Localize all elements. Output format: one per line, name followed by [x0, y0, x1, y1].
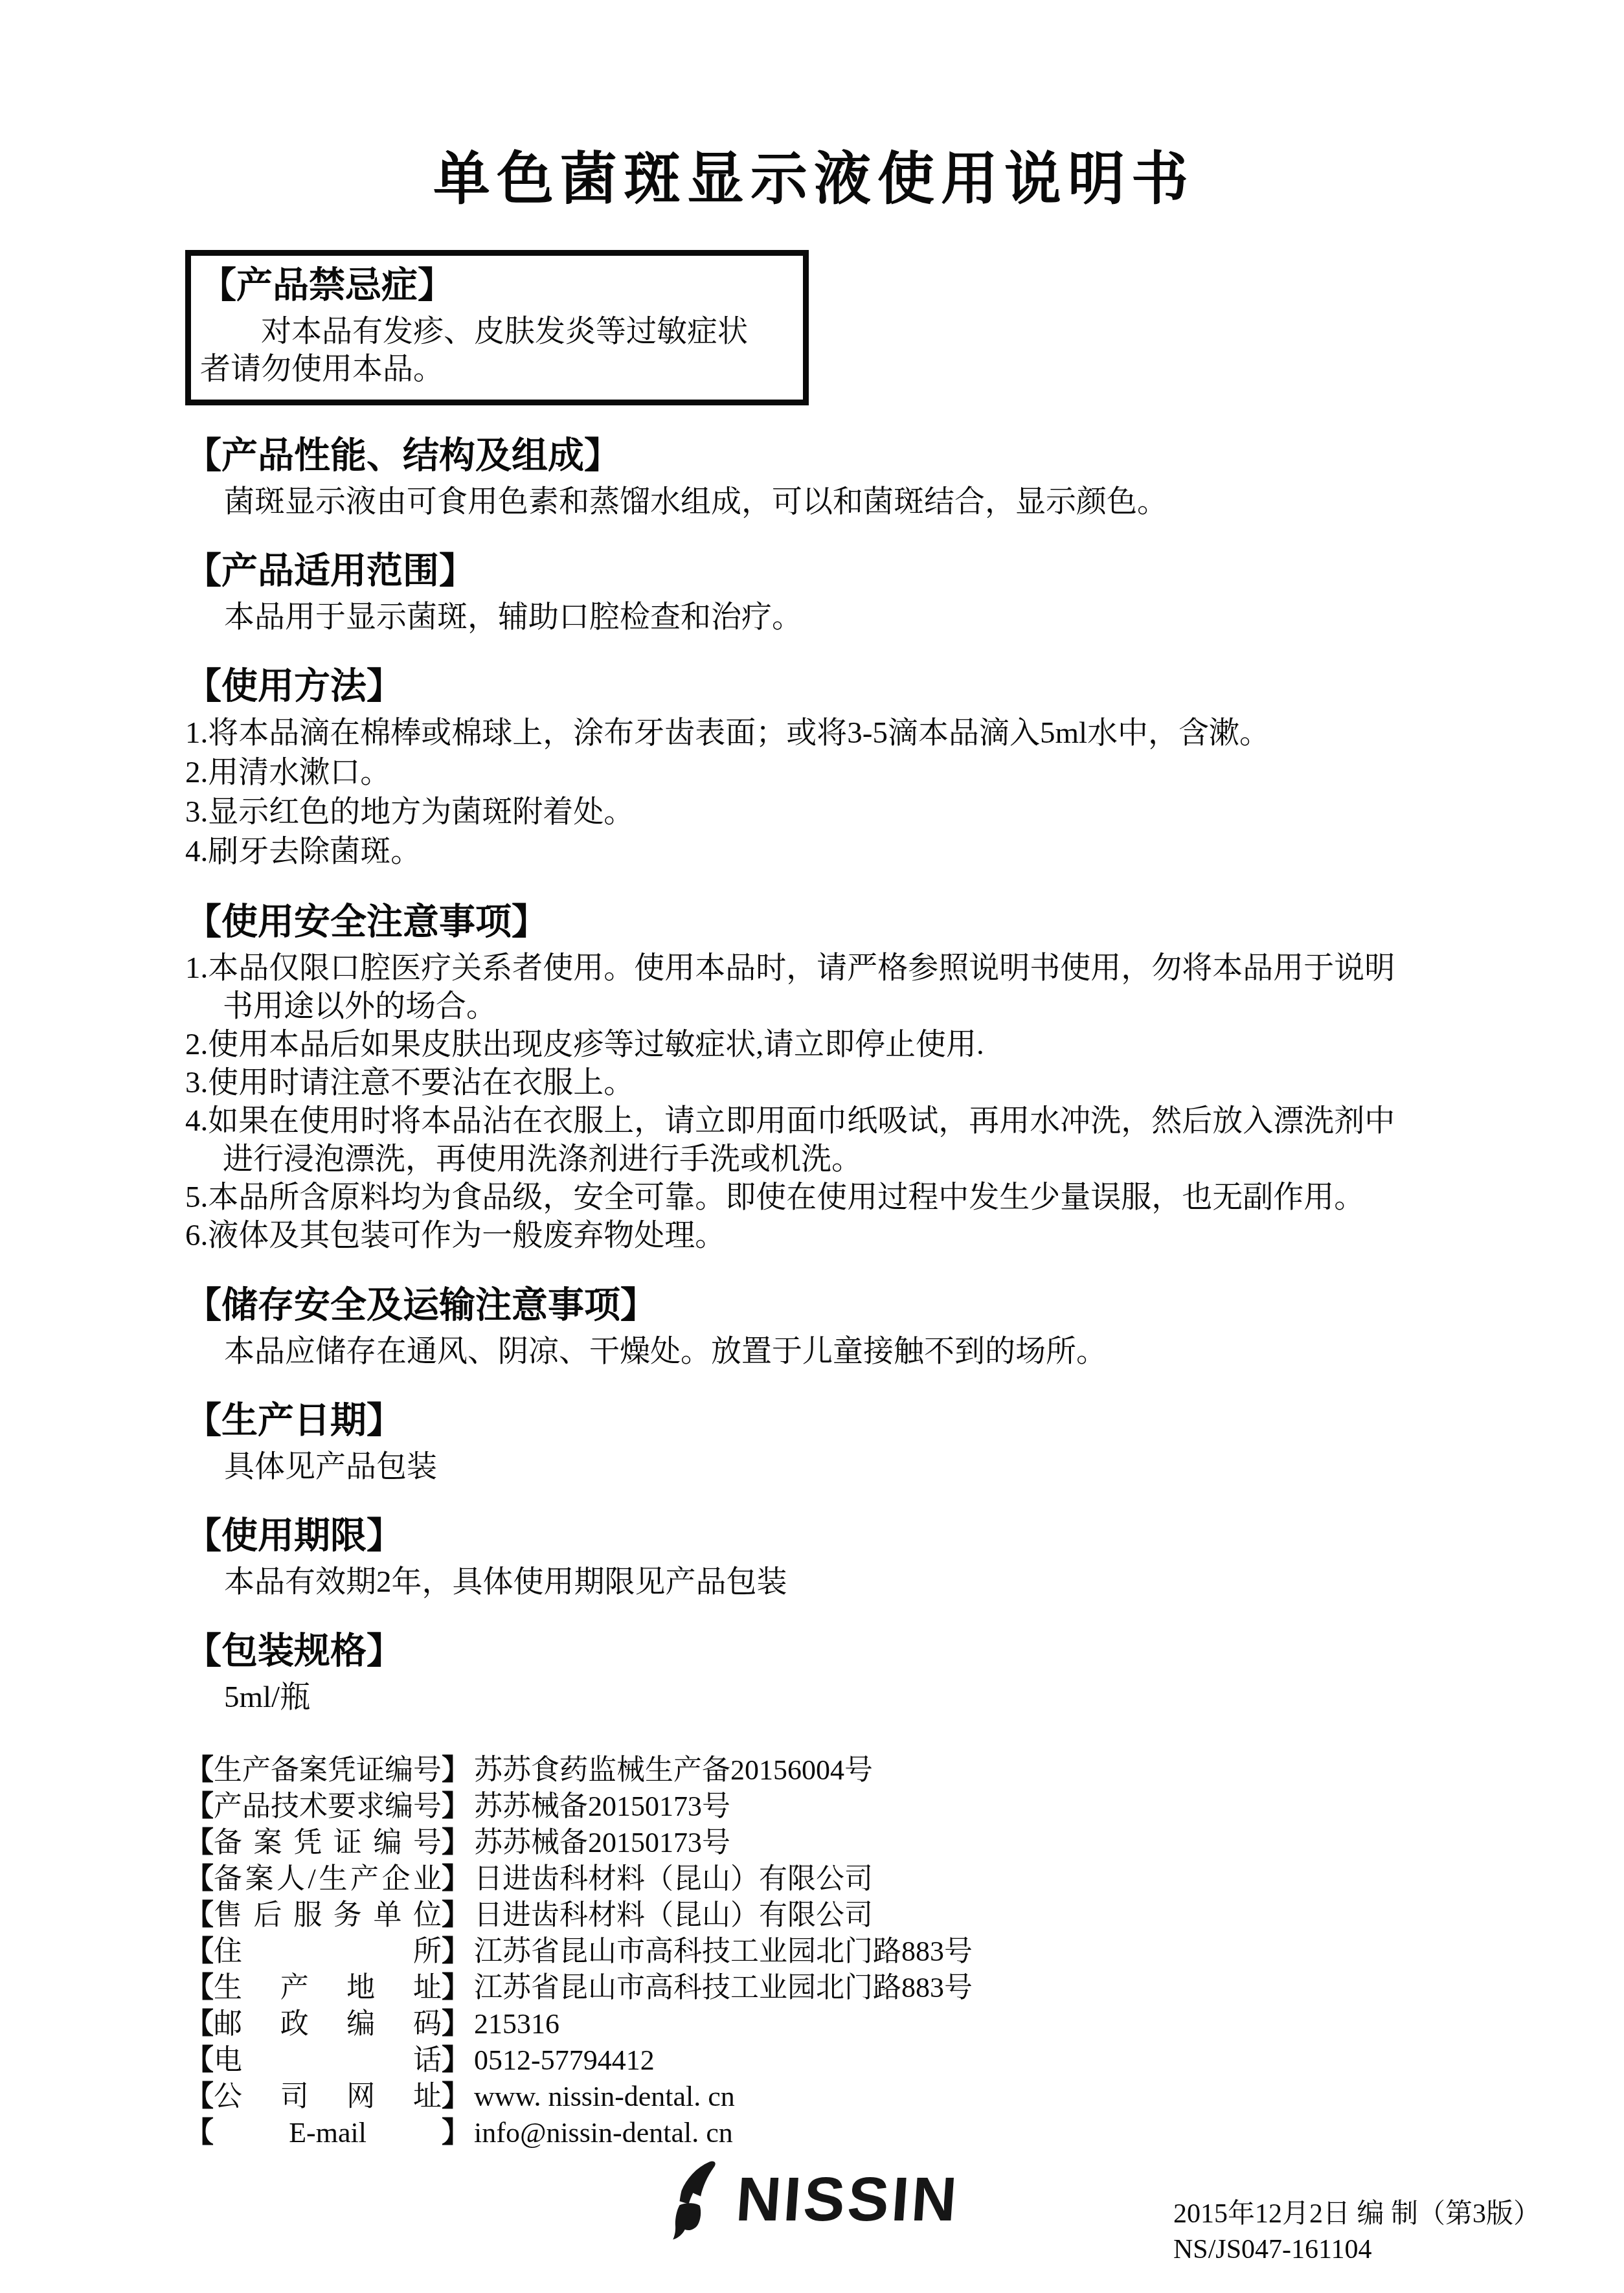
bracket-open: 【 [185, 1827, 214, 1858]
bracket-close: 】 [442, 1754, 470, 1786]
info-value: 苏苏械备20150173号 [470, 1827, 730, 1858]
bracket-close: 】 [442, 1863, 470, 1895]
list-item: 6.液体及其包装可作为一般废弃物处理。 [185, 1217, 1443, 1255]
bracket-open: 【 [185, 1972, 214, 2004]
info-value: 215316 [470, 2008, 559, 2040]
section-production-date: 【生产日期】 具体见产品包装 [185, 1401, 1443, 1485]
usage-list: 1.将本品滴在棉棒或棉球上，涂布牙齿表面；或将3-5滴本品滴入5ml水中，含漱。… [185, 714, 1443, 872]
section-heading: 【使用方法】 [185, 667, 1443, 706]
bracket-close: 】 [442, 1899, 470, 1931]
info-label: 生产地址 [214, 1970, 442, 2006]
contraindication-box: 【产品禁忌症】 对本品有发疹、皮肤发炎等过敏症状 者请勿使用本品。 [185, 250, 809, 405]
info-label: 产品技术要求编号 [214, 1789, 442, 1825]
info-row: 【备案凭证编号】苏苏械备20150173号 [185, 1825, 1443, 1861]
text-line: 进行浸泡漂洗，再使用洗涤剂进行手洗或机洗。 [185, 1140, 1443, 1179]
bracket-close: 】 [442, 1827, 470, 1858]
info-value: 江苏省昆山市高科技工业园北门路883号 [470, 1936, 973, 1967]
list-item: 2.用清水漱口。 [185, 753, 1443, 793]
section-package: 【包装规格】 5ml/瓶 [185, 1632, 1443, 1716]
bracket-open: 【 [185, 1936, 214, 1967]
info-row: 【电话】0512-57794412 [185, 2042, 1443, 2079]
section-heading: 【产品适用范围】 [185, 552, 1443, 591]
bracket-open: 【 [185, 1899, 214, 1931]
list-item: 2.使用本品后如果皮肤出现皮疹等过敏症状,请立即停止使用. [185, 1026, 1443, 1064]
info-value: 日进齿科材料（昆山）有限公司 [470, 1899, 873, 1931]
section-heading: 【储存安全及运输注意事项】 [185, 1286, 1443, 1325]
bracket-open: 【 [185, 2117, 214, 2149]
section-heading: 【使用安全注意事项】 [185, 903, 1443, 942]
section-body-text: 菌斑显示液由可食用色素和蒸馏水组成，可以和菌斑结合，显示颜色。 [185, 483, 1443, 521]
revision-note: 2015年12月2日 编 制（第3版） NS/JS047-161104 [1173, 2197, 1540, 2268]
section-heading: 【使用期限】 [185, 1517, 1443, 1555]
info-label: 公司网址 [214, 2079, 442, 2115]
nissin-logo-inner: NISSIN [669, 2159, 959, 2241]
section-safety: 【使用安全注意事项】 1.本品仅限口腔医疗关系者使用。使用本品时，请严格参照说明… [185, 903, 1443, 1255]
info-label: 邮政编码 [214, 2006, 442, 2042]
text-line: 3.使用时请注意不要沾在衣服上。 [185, 1064, 1443, 1102]
bracket-open: 【 [185, 2044, 214, 2076]
contraindication-heading: 【产品禁忌症】 [200, 264, 793, 308]
contraindication-line: 者请勿使用本品。 [200, 350, 793, 388]
info-row: 【售后服务单位】日进齿科材料（昆山）有限公司 [185, 1897, 1443, 1934]
info-row: 【E-mail】info@nissin-dental. cn [185, 2115, 1443, 2151]
section-body-text: 5ml/瓶 [185, 1678, 1443, 1716]
info-value: 日进齿科材料（昆山）有限公司 [470, 1863, 873, 1895]
info-value[interactable]: info@nissin-dental. cn [470, 2117, 733, 2149]
list-item: 1.将本品滴在棉棒或棉球上，涂布牙齿表面；或将3-5滴本品滴入5ml水中，含漱。 [185, 714, 1443, 753]
section-body-text: 本品有效期2年，具体使用期限见产品包装 [185, 1563, 1443, 1601]
section-performance: 【产品性能、结构及组成】 菌斑显示液由可食用色素和蒸馏水组成，可以和菌斑结合，显… [185, 436, 1443, 521]
section-storage: 【储存安全及运输注意事项】 本品应储存在通风、阴凉、干燥处。放置于儿童接触不到的… [185, 1286, 1443, 1370]
info-label: E-mail [214, 2115, 442, 2151]
list-item: 3.使用时请注意不要沾在衣服上。 [185, 1064, 1443, 1102]
list-item: 5.本品所含原料均为食品级，安全可靠。即使在使用过程中发生少量误服，也无副作用。 [185, 1179, 1443, 1217]
text-line: 1.本品仅限口腔医疗关系者使用。使用本品时，请严格参照说明书使用，勿将本品用于说… [185, 949, 1443, 988]
section-scope: 【产品适用范围】 本品用于显示菌斑，辅助口腔检查和治疗。 [185, 552, 1443, 636]
revision-code: NS/JS047-161104 [1173, 2232, 1540, 2268]
section-heading: 【生产日期】 [185, 1401, 1443, 1440]
info-row: 【生产地址】江苏省昆山市高科技工业园北门路883号 [185, 1970, 1443, 2006]
section-body-text: 本品应储存在通风、阴凉、干燥处。放置于儿童接触不到的场所。 [185, 1333, 1443, 1370]
info-row: 【备案人/生产企业】日进齿科材料（昆山）有限公司 [185, 1861, 1443, 1897]
text-line: 4.如果在使用时将本品沾在衣服上，请立即用面巾纸吸试，再用水冲洗，然后放入漂洗剂… [185, 1102, 1443, 1140]
info-label: 住所 [214, 1934, 442, 1970]
list-item: 1.本品仅限口腔医疗关系者使用。使用本品时，请严格参照说明书使用，勿将本品用于说… [185, 949, 1443, 1026]
info-label: 电话 [214, 2042, 442, 2079]
info-row: 【邮政编码】215316 [185, 2006, 1443, 2042]
nissin-tooth-icon [669, 2159, 722, 2241]
info-row: 【公司网址】www. nissin-dental. cn [185, 2079, 1443, 2115]
info-row: 【产品技术要求编号】苏苏械备20150173号 [185, 1789, 1443, 1825]
info-value: 苏苏械备20150173号 [470, 1790, 730, 1822]
section-shelf-life: 【使用期限】 本品有效期2年，具体使用期限见产品包装 [185, 1517, 1443, 1601]
contraindication-line: 对本品有发疹、皮肤发炎等过敏症状 [200, 313, 793, 350]
bracket-open: 【 [185, 2008, 214, 2040]
bracket-open: 【 [185, 1790, 214, 1822]
info-label: 生产备案凭证编号 [214, 1752, 442, 1789]
info-label: 备案人/生产企业 [214, 1861, 442, 1897]
page-title: 单色菌斑显示液使用说明书 [185, 144, 1443, 216]
info-row: 【生产备案凭证编号】苏苏食药监械生产备20156004号 [185, 1752, 1443, 1789]
section-usage: 【使用方法】 1.将本品滴在棉棒或棉球上，涂布牙齿表面；或将3-5滴本品滴入5m… [185, 667, 1443, 872]
safety-list: 1.本品仅限口腔医疗关系者使用。使用本品时，请严格参照说明书使用，勿将本品用于说… [185, 949, 1443, 1255]
text-line: 5.本品所含原料均为食品级，安全可靠。即使在使用过程中发生少量误服，也无副作用。 [185, 1179, 1443, 1217]
list-item: 3.显示红色的地方为菌斑附着处。 [185, 793, 1443, 832]
section-body-text: 本品用于显示菌斑，辅助口腔检查和治疗。 [185, 598, 1443, 636]
info-value: 江苏省昆山市高科技工业园北门路883号 [470, 1972, 973, 2004]
bracket-close: 】 [442, 2081, 470, 2112]
text-line: 2.使用本品后如果皮肤出现皮疹等过敏症状,请立即停止使用. [185, 1026, 1443, 1064]
registration-info-block: 【生产备案凭证编号】苏苏食药监械生产备20156004号 【产品技术要求编号】苏… [185, 1752, 1443, 2151]
info-label: 备案凭证编号 [214, 1825, 442, 1861]
list-item: 4.刷牙去除菌斑。 [185, 832, 1443, 872]
bracket-close: 】 [442, 2044, 470, 2076]
nissin-logo-text: NISSIN [734, 2167, 961, 2232]
revision-date: 2015年12月2日 编 制（第3版） [1173, 2197, 1540, 2232]
bracket-close: 】 [442, 2117, 470, 2149]
info-value: 苏苏食药监械生产备20156004号 [470, 1754, 873, 1786]
bracket-close: 】 [442, 1972, 470, 2004]
text-line: 6.液体及其包装可作为一般废弃物处理。 [185, 1217, 1443, 1255]
instruction-leaflet-page: 单色菌斑显示液使用说明书 【产品禁忌症】 对本品有发疹、皮肤发炎等过敏症状 者请… [0, 0, 1624, 2293]
info-label: 售后服务单位 [214, 1897, 442, 1934]
info-value[interactable]: www. nissin-dental. cn [470, 2081, 735, 2112]
bracket-open: 【 [185, 2081, 214, 2112]
section-heading: 【产品性能、结构及组成】 [185, 436, 1443, 475]
bracket-open: 【 [185, 1863, 214, 1895]
section-body-text: 具体见产品包装 [185, 1448, 1443, 1485]
info-value: 0512-57794412 [470, 2044, 655, 2076]
bracket-open: 【 [185, 1754, 214, 1786]
info-row: 【住所】江苏省昆山市高科技工业园北门路883号 [185, 1934, 1443, 1970]
section-heading: 【包装规格】 [185, 1632, 1443, 1671]
list-item: 4.如果在使用时将本品沾在衣服上，请立即用面巾纸吸试，再用水冲洗，然后放入漂洗剂… [185, 1102, 1443, 1179]
bracket-close: 】 [442, 1790, 470, 1822]
bracket-close: 】 [442, 1936, 470, 1967]
bracket-close: 】 [442, 2008, 470, 2040]
text-line: 书用途以外的场合。 [185, 988, 1443, 1026]
